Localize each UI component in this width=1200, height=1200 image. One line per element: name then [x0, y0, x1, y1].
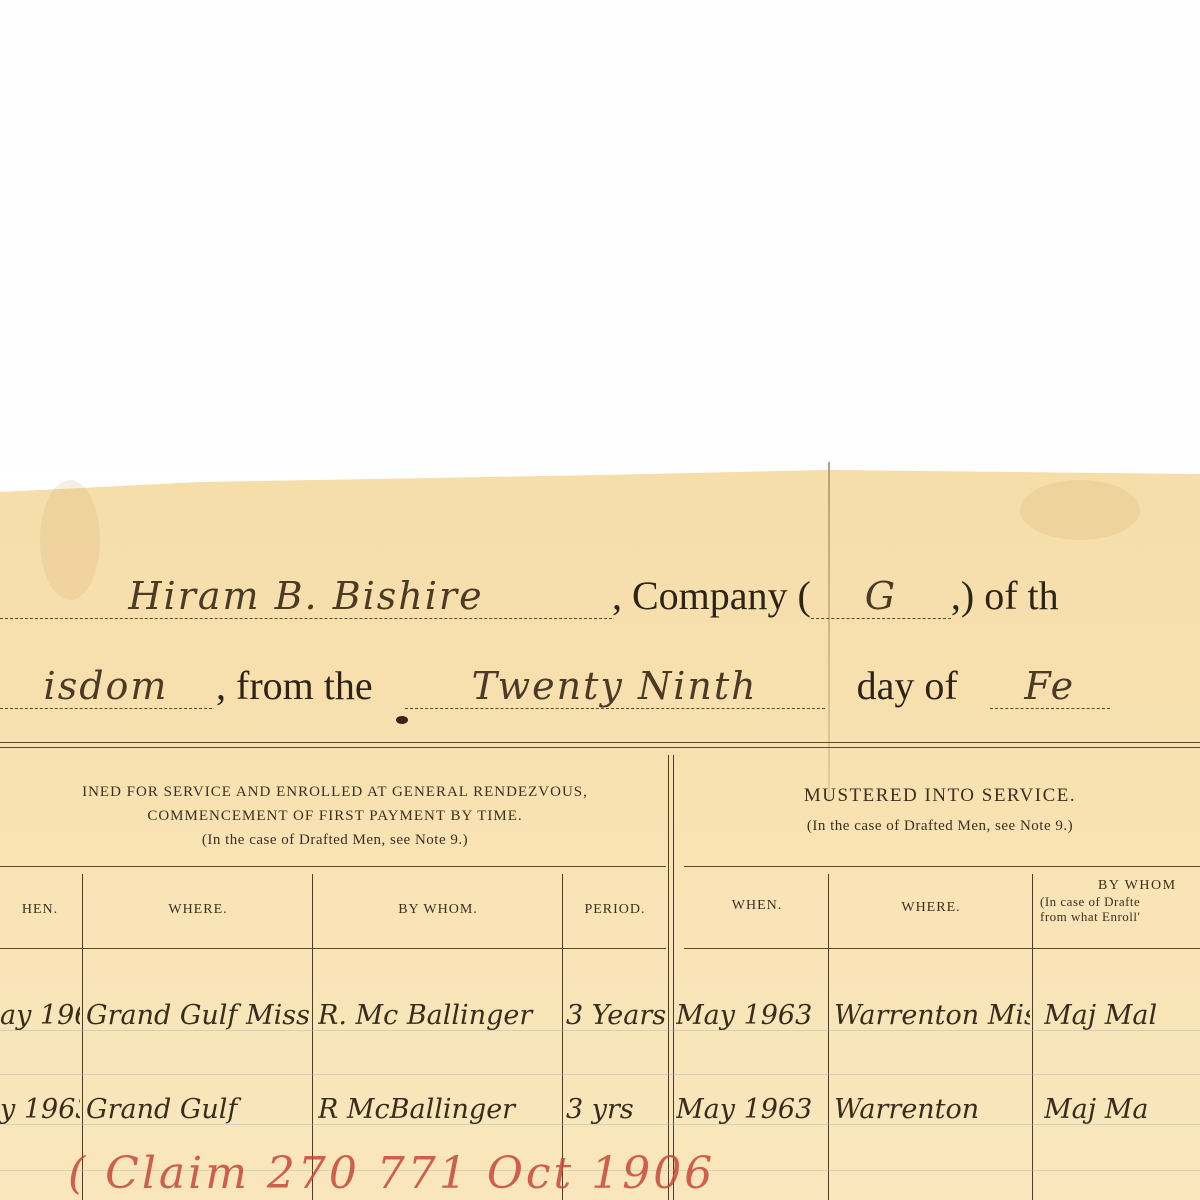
left-title-line-3: (In the case of Drafted Men, see Note 9.… — [0, 828, 670, 852]
right-section-title: MUSTERED INTO SERVICE. (In the case of D… — [680, 784, 1200, 838]
row1-mustered-where: Warrenton Miss — [834, 1000, 1030, 1031]
table-header-bottom — [684, 948, 1200, 949]
col-header-when: HEN. — [0, 902, 80, 918]
row1-period: 3 Years — [566, 1000, 666, 1031]
red-ink-claim-annotation: ( Claim 270 771 Oct 1906 — [68, 1148, 715, 1199]
header-divider — [0, 742, 1200, 748]
of-the-label: ,) of th — [951, 573, 1059, 618]
right-title-line-2: (In the case of Drafted Men, see Note 9.… — [680, 814, 1200, 838]
right-title-line-1: MUSTERED INTO SERVICE. — [680, 784, 1200, 808]
from-the-label: , from the — [216, 663, 373, 708]
left-title-line-2: COMMENCEMENT OF FIRST PAYMENT BY TIME. — [0, 804, 670, 828]
col-header-mustered-where: WHERE. — [830, 900, 1032, 916]
left-section-title: INED FOR SERVICE AND ENROLLED AT GENERAL… — [0, 780, 670, 852]
row2-mustered-by: Maj Ma — [1044, 1094, 1200, 1125]
row1-when: ay 1963 — [0, 1000, 80, 1031]
day-of-label: day of — [857, 663, 958, 708]
col-header-period: PERIOD. — [564, 902, 666, 918]
row2-period: 3 yrs — [566, 1094, 666, 1125]
paper-fold-crease — [828, 462, 830, 802]
section-divider — [668, 755, 669, 1200]
table-header-bottom — [0, 948, 666, 949]
by-whom-label: BY WHOM — [1040, 878, 1200, 894]
stain — [1020, 480, 1140, 540]
month-field: Fe — [990, 664, 1110, 709]
header-line-date: isdom, from the Twenty Ninth day of Fe — [0, 662, 1110, 709]
white-background — [0, 0, 1200, 470]
day-field: Twenty Ninth — [405, 664, 825, 709]
row1-mustered-by: Maj Mal — [1044, 1000, 1200, 1031]
ink-blot — [396, 716, 408, 724]
row1-by-whom: R. Mc Ballinger — [318, 1000, 560, 1031]
col-header-where: WHERE. — [84, 902, 312, 918]
by-whom-note-2: from what Enroll' — [1040, 909, 1200, 924]
column-divider — [1032, 874, 1033, 1200]
company-letter-field: G — [811, 574, 951, 619]
row2-where: Grand Gulf — [86, 1094, 310, 1125]
row1-where: Grand Gulf Miss — [86, 1000, 310, 1031]
by-whom-note-1: (In case of Drafte — [1040, 894, 1200, 909]
left-title-line-1: INED FOR SERVICE AND ENROLLED AT GENERAL… — [0, 780, 670, 804]
col-header-by-whom: BY WHOM. — [314, 902, 562, 918]
row2-by-whom: R McBallinger — [318, 1094, 560, 1125]
col-header-mustered-when: WHEN. — [686, 898, 828, 914]
table-header-top — [684, 866, 1200, 867]
row2-mustered-where: Warrenton — [834, 1094, 1030, 1125]
division-field: isdom — [0, 664, 212, 709]
col-header-mustered-by-whom: BY WHOM (In case of Drafte from what Enr… — [1040, 878, 1200, 924]
table-header-top — [0, 866, 666, 867]
header-line-name: Hiram B. Bishire, Company (G,) of th — [0, 572, 1059, 619]
row2-mustered-when: May 1963 — [676, 1094, 826, 1125]
row2-when: y 1963 — [0, 1094, 80, 1125]
row1-mustered-when: May 1963 — [676, 1000, 826, 1031]
company-label: , Company ( — [612, 573, 811, 618]
soldier-name-field: Hiram B. Bishire — [0, 574, 612, 619]
column-divider — [828, 874, 829, 1200]
ruled-line — [0, 1074, 1200, 1075]
section-divider — [673, 755, 674, 1200]
